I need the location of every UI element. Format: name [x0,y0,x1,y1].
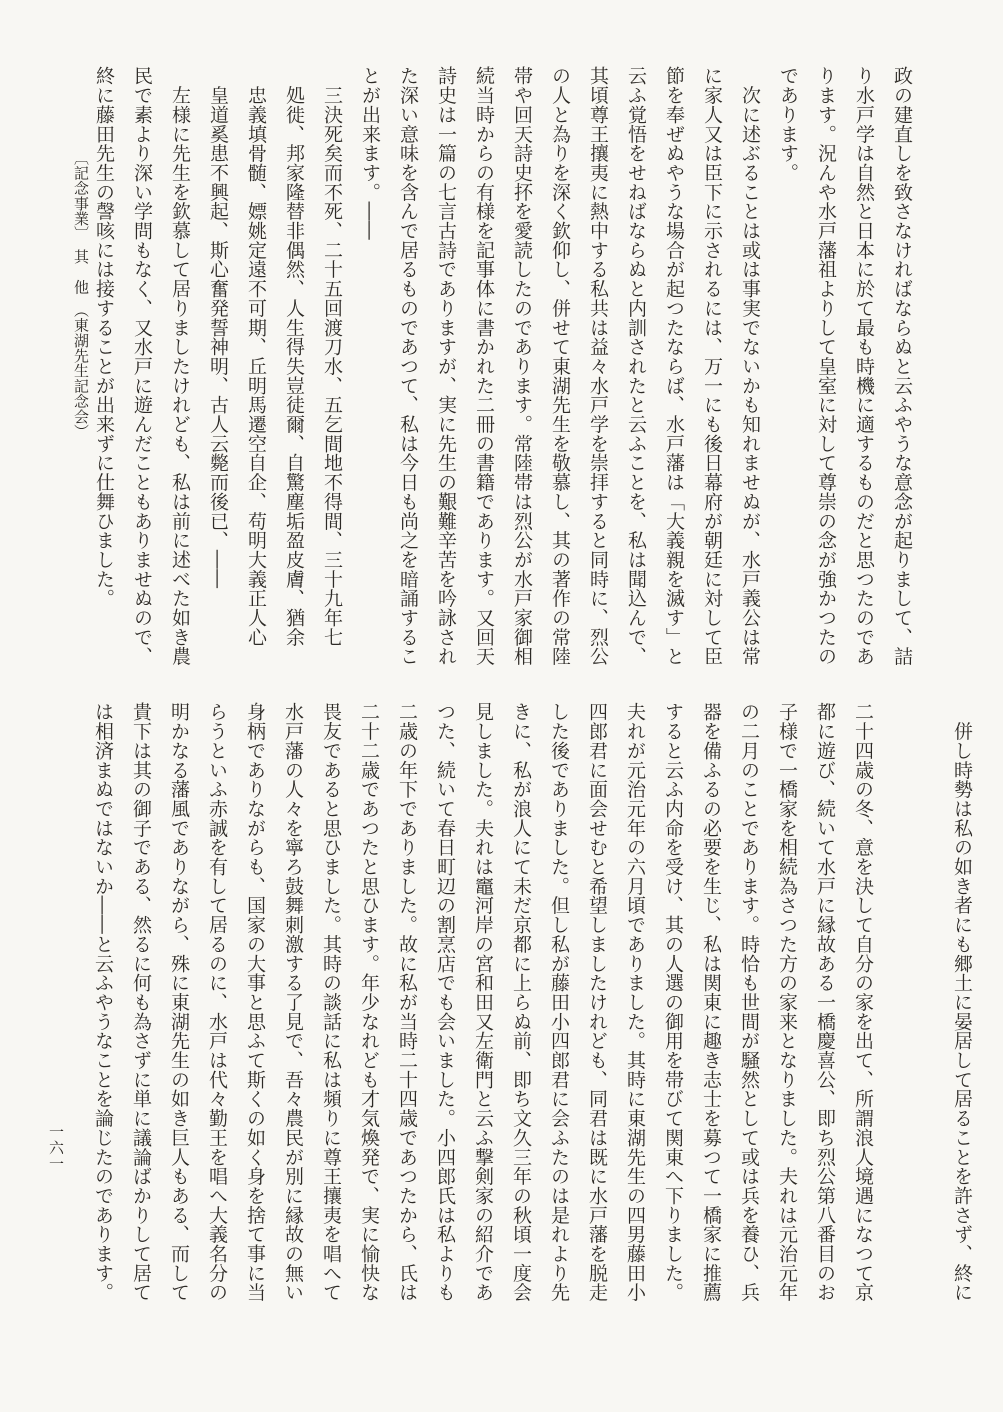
text-column: であります。 [769,66,807,668]
text-column: 器を備ふるの必要を生じ、私は関東に趣き志士を募つて一橋家に推薦 [692,702,730,1304]
text-column: 其頃尊王攘夷に熱中する私共は益々水戸学を崇拝すると同時に、烈公 [579,66,617,668]
poem-column: 三決死矣而不死、二十五回渡刀水、五乞間地不得間、三十九年七 [313,66,351,668]
text-column: の二月のことであります。時恰も世間が騒然として或は兵を養ひ、兵 [730,702,768,1304]
page-number: 一六一 [46,1124,67,1184]
text-column: つた、続いて春日町辺の割烹店でも会いました。小四郎氏は私よりも [426,702,464,1304]
bottom-text-block: 併し時勢は私の如き者にも郷土に晏居して居ることを許さず、終に 二十四歳の冬、意を… [84,702,981,1304]
scanned-book-page: 政の建直しを致さなければならぬと云ふやうな意念が起りまして、詰 り水戸学は自然と… [0,0,1003,1412]
text-column: 次に述ぶることは或は事実でないかも知れませぬが、水戸義公は常 [731,66,769,668]
text-column: の人と為りを深く欽仰し、併せて東湖先生を敬慕し、其の著作の常陸 [541,66,579,668]
poem-column: 忠義填骨髄、嫖姚定遠不可期、丘明馬遷空自企、苟明大義正人心 [237,66,275,668]
text-column: 云ふ覚悟をせねばならぬと内訓されたと云ふことを、私は聞込んで、 [617,66,655,668]
text-column: 二十二歳であつたと思ひます。年少なれども才気煥発で、実に愉快な [350,702,388,1304]
text-column: 身柄でありながらも、国家の大事と思ふて斯くの如く身を捨て事に当 [236,702,274,1304]
text-column: 節を奉ぜぬやうな場合が起つたならば、水戸藩は「大義親を滅す」と [655,66,693,668]
text-column: た深い意味を含んで居るものであつて、私は今日も尚之を暗誦するこ [389,66,427,668]
poem-column: 処徙、邦家隆替非偶然、人生得失豈徒爾、自驚塵垢盈皮膚、猶余 [275,66,313,668]
text-column: 畏友であると思ひました。其時の談話に私は頻りに尊王攘夷を唱へて [312,702,350,1304]
text-column: きに、私が浪人にて未だ京都に上らぬ前、即ち文久三年の秋頃一度会 [502,702,540,1304]
text-column: は相済まぬではないか――と云ふやうなことを論じたのであります。 [84,702,122,1304]
running-header: 〔記念事業〕 其 他 （東湖先生記念会） [71,150,92,490]
text-column: 帯や回天詩史抔を愛読したのであります。常陸帯は烈公が水戸家御相 [503,66,541,668]
text-column: 見しました。夫れは竈河岸の宮和田又左衛門と云ふ撃剣家の紹介であ [464,702,502,1304]
text-column: 水戸藩の人々を寧ろ鼓舞刺激する了見で、吾々農民が別に縁故の無い [274,702,312,1304]
text-column: 子様で一橋家を相続為さつた方の家来となりました。夫れは元治元年 [768,702,806,1304]
text-column: り水戸学は自然と日本に於て最も時機に適するものだと思つたのであ [845,66,883,668]
text-column: らうといふ赤誠を有して居るのに、水戸は代々勤王を唱へ大義名分の [198,702,236,1304]
text-column: 二十四歳の冬、意を決して自分の家を出て、所謂浪人境遇になつて京 [844,702,882,1304]
text-column: した後でありました。但し私が藤田小四郎君に会ふたのは是れより先 [540,702,578,1304]
text-column: 明かなる藩風でありながら、殊に東湖先生の如き巨人もある、而して [160,702,198,1304]
top-text-block: 政の建直しを致さなければならぬと云ふやうな意念が起りまして、詰 り水戸学は自然と… [85,66,921,668]
text-column: 貴下は其の御子である、然るに何も為さずに単に議論ばかりして居て [122,702,160,1304]
text-column: とが出来ます。―― [351,66,389,668]
text-column: 二歳の年下でありました。故に私が当時二十四歳であつたから、氏は [388,702,426,1304]
text-column: 左様に先生を欽慕して居りましたけれども、私は前に述べた如き農 [161,66,199,668]
poem-column: 皇道奚患不興起、斯心奮発誓神明、古人云斃而後已、―― [199,66,237,668]
text-column: 続当時からの有様を記事体に書かれた二冊の書籍であります。又回天 [465,66,503,668]
text-column: 政の建直しを致さなければならぬと云ふやうな意念が起りまして、詰 [883,66,921,668]
text-column: に家人又は臣下に示されるには、万一にも後日幕府が朝廷に対して臣 [693,66,731,668]
text-column: 詩史は一篇の七言古詩でありますが、実に先生の艱難辛苦を吟詠され [427,66,465,668]
text-column: 併し時勢は私の如き者にも郷土に晏居して居ることを許さず、終に [943,702,981,1304]
text-column: すると云ふ内命を受け、其の人選の御用を帯びて関東へ下りました。 [654,702,692,1304]
text-column: 民で素より深い学問もなく、又水戸に遊んだこともありませぬので、 [123,66,161,668]
text-column: ります。況んや水戸藩祖よりして皇室に対して尊崇の念が強かつたの [807,66,845,668]
text-column: 夫れが元治元年の六月頃でありました。其時に東湖先生の四男藤田小 [616,702,654,1304]
text-column: 都に遊び、続いて水戸に縁故ある一橋慶喜公、即ち烈公第八番目のお [806,702,844,1304]
text-column: 四郎君に面会せむと希望しましたけれども、同君は既に水戸藩を脱走 [578,702,616,1304]
